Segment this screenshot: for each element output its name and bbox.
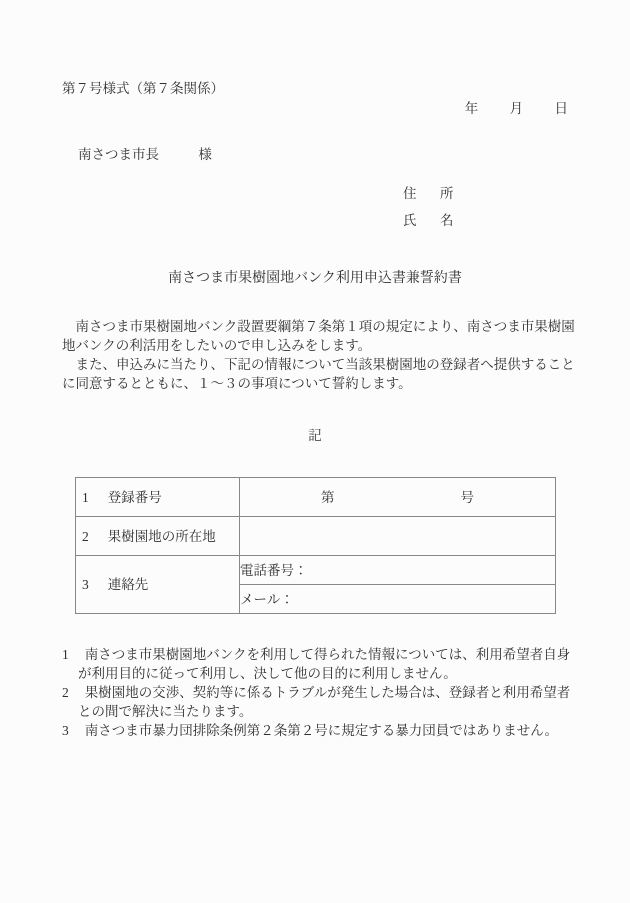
row-label: 果樹園地の所在地: [108, 527, 216, 546]
application-paragraph-1: 南さつま市果樹園地バンク設置要綱第７条第１項の規定により、南さつま市果樹園地バン…: [62, 317, 576, 355]
date-year-label: 年: [465, 101, 479, 116]
pledge-item-1: 1南さつま市果樹園地バンクを利用して得られた情報については、利用希望者自身が利用…: [62, 645, 576, 683]
document-title: 南さつま市果樹園地バンク利用申込書兼誓約書: [0, 269, 630, 288]
application-form-page: 第７号様式（第７条関係） 年 月 日 南さつま市長 様 住 所 氏 名 南さつま…: [0, 0, 630, 903]
form-number: 第７号様式（第７条関係）: [62, 79, 224, 98]
application-body: 南さつま市果樹園地バンク設置要綱第７条第１項の規定により、南さつま市果樹園地バン…: [62, 317, 576, 393]
pledge-text: 南さつま市果樹園地バンクを利用して得られた情報については、利用希望者自身が利用目…: [78, 647, 570, 681]
date-month-label: 月: [510, 101, 524, 116]
addressee-honorific: 様: [198, 147, 212, 162]
row-label: 登録番号: [108, 488, 162, 507]
addressee-line: 南さつま市長 様: [78, 145, 212, 164]
table-row-contact-phone: 3 連絡先 電話番号：: [76, 556, 556, 585]
pledge-item-2: 2果樹園地の交渉、契約等に係るトラブルが発生した場合は、登録者と利用希望者との間…: [62, 683, 576, 721]
registration-number-label-cell: 1 登録番号: [76, 488, 239, 507]
phone-value-cell: 電話番号：: [240, 556, 556, 585]
pledge-number: 1: [62, 647, 69, 662]
pledge-item-3: 3南さつま市暴力団排除条例第２条第２号に規定する暴力団員ではありません。: [62, 721, 576, 740]
application-table: 1 登録番号 第 号 2 果樹園地の所在地: [75, 477, 556, 614]
orchard-location-value-cell: [240, 517, 556, 556]
row-number: 1: [82, 488, 89, 507]
application-paragraph-2: また、申込みに当たり、下記の情報について当該果樹園地の登録者へ提供することに同意…: [62, 355, 576, 393]
table-row-orchard-location: 2 果樹園地の所在地: [76, 517, 556, 556]
registration-number-prefix: 第: [321, 488, 335, 507]
pledge-text: 南さつま市暴力団排除条例第２条第２号に規定する暴力団員ではありません。: [85, 723, 558, 738]
row-number: 3: [82, 575, 89, 594]
mail-label: メール：: [240, 592, 294, 607]
orchard-location-label-cell: 2 果樹園地の所在地: [76, 527, 239, 546]
pledge-list: 1南さつま市果樹園地バンクを利用して得られた情報については、利用希望者自身が利用…: [62, 645, 576, 740]
pledge-number: 2: [62, 685, 69, 700]
date-line: 年 月 日: [465, 99, 568, 118]
contact-label-cell: 3 連絡先: [76, 575, 239, 594]
phone-label: 電話番号：: [240, 563, 308, 578]
name-label: 氏 名: [403, 211, 459, 230]
row-label: 連絡先: [108, 575, 149, 594]
registration-number-suffix: 号: [461, 488, 475, 507]
pledge-number: 3: [62, 723, 69, 738]
date-day-label: 日: [555, 101, 569, 116]
addressee-name: 南さつま市長: [78, 147, 159, 162]
table-row-registration-number: 1 登録番号 第 号: [76, 478, 556, 517]
mail-value-cell: メール：: [240, 585, 556, 614]
registration-number-value-cell: 第 号: [240, 478, 556, 517]
address-label: 住 所: [403, 184, 459, 203]
row-number: 2: [82, 527, 89, 546]
record-heading: 記: [0, 426, 630, 445]
pledge-text: 果樹園地の交渉、契約等に係るトラブルが発生した場合は、登録者と利用希望者との間で…: [78, 685, 570, 719]
